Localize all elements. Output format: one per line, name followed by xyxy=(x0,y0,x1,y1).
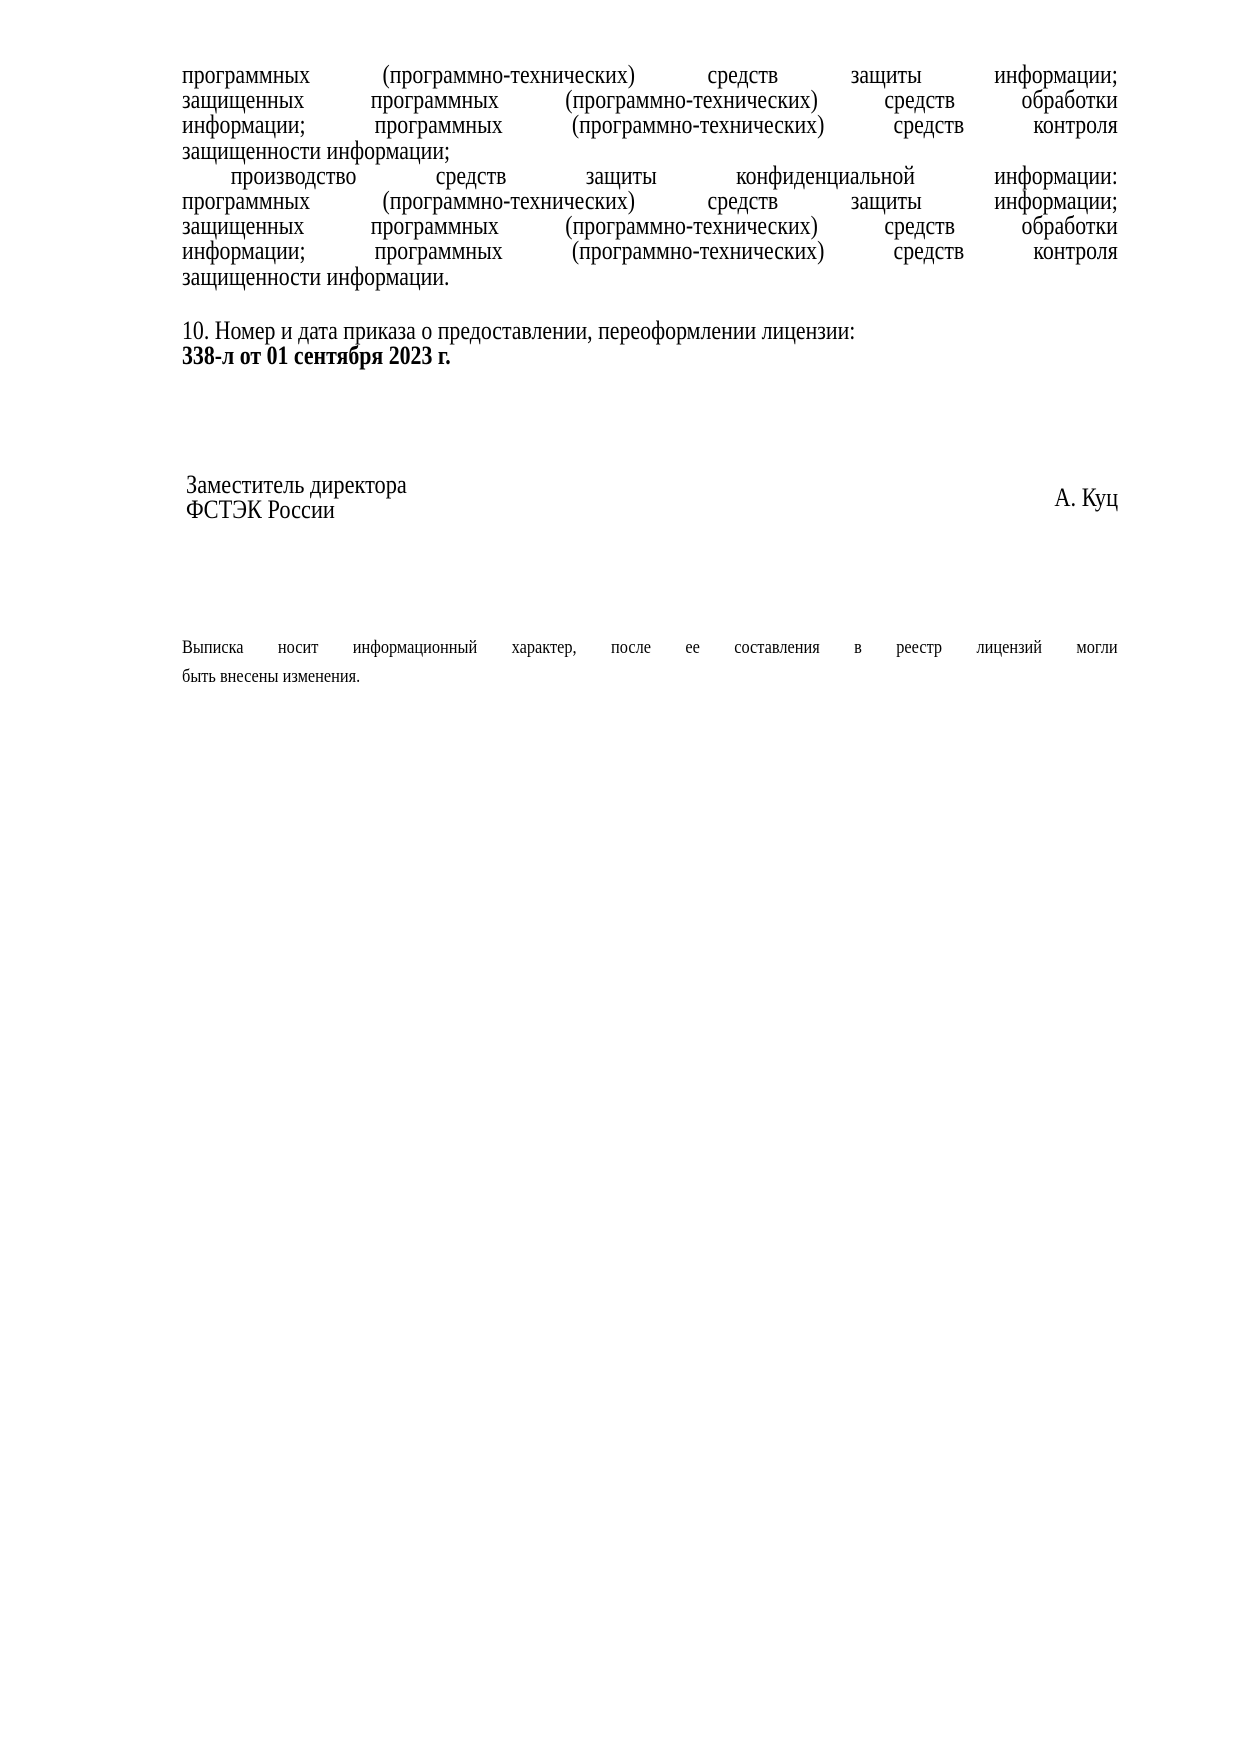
text-line: защищенных программных (программно-техни… xyxy=(182,213,1118,238)
signatory-name: А. Куц xyxy=(1044,485,1118,510)
text-line: защищенных программных (программно-техни… xyxy=(182,87,1118,112)
text-line: программных (программно-технических) сре… xyxy=(182,188,1118,213)
text-line: защищенности информации; xyxy=(182,138,1118,163)
document-page: программных (программно-технических) сре… xyxy=(0,0,1240,1755)
footnote-line: Выписка носит информационный характер, п… xyxy=(182,633,1118,662)
order-number-date: 338-л от 01 сентября 2023 г. xyxy=(182,343,1118,368)
position-line: ФСТЭК России xyxy=(186,497,335,522)
signatory-name-text: А. Куц xyxy=(1054,485,1118,510)
order-label: 10. Номер и дата приказа о предоставлени… xyxy=(182,318,1118,343)
license-activities-text: программных (программно-технических) сре… xyxy=(182,62,1118,289)
text-line: программных (программно-технических) сре… xyxy=(182,62,1118,87)
text-line: информации; программных (программно-техн… xyxy=(182,112,1118,137)
footnote-line: быть внесены изменения. xyxy=(182,662,1118,691)
text-line: производство средств защиты конфиденциал… xyxy=(182,163,1118,188)
position-line: Заместитель директора xyxy=(186,472,407,497)
footnote-disclaimer: Выписка носит информационный характер, п… xyxy=(182,633,1118,691)
text-line: информации; программных (программно-техн… xyxy=(182,238,1118,263)
signatory-position: Заместитель директора ФСТЭК России xyxy=(186,472,443,522)
text-line: защищенности информации. xyxy=(182,264,1118,289)
order-item-10: 10. Номер и дата приказа о предоставлени… xyxy=(182,318,1118,368)
